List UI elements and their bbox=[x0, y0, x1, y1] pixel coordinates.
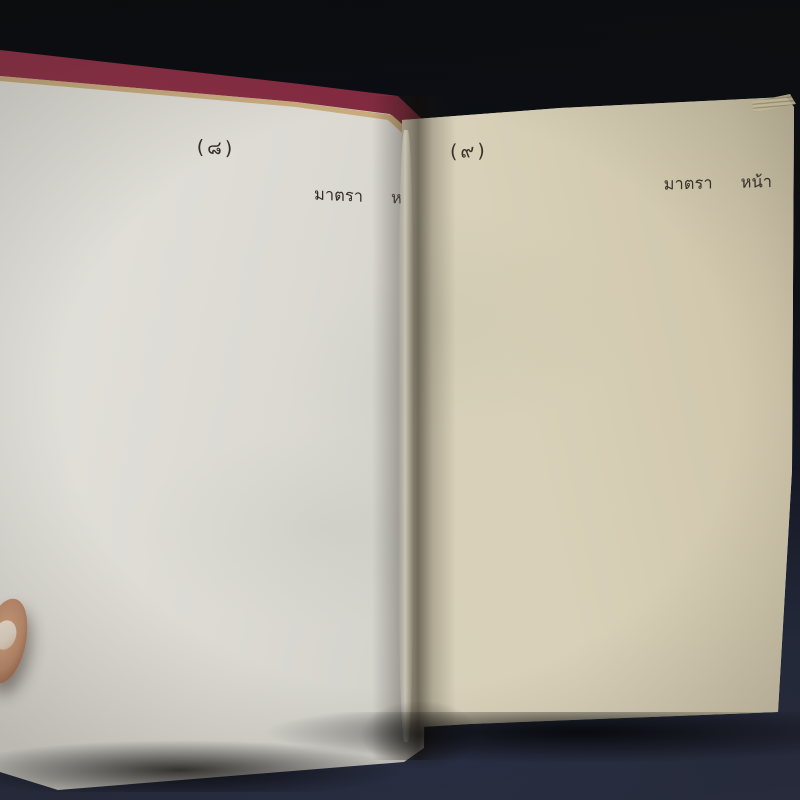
toc-left bbox=[60, 212, 412, 228]
column-header-page: หน้า bbox=[741, 172, 772, 192]
right-page-text: (๙) มาตราหน้า bbox=[404, 129, 776, 718]
left-page-text: (๘) มาตราหน้า bbox=[60, 126, 412, 742]
book-bottom-shadow bbox=[0, 712, 800, 792]
book-photo: (๘) มาตราหน้า (๙) มาตราหน้า bbox=[0, 0, 800, 800]
column-header-matra: มาตรา bbox=[314, 185, 363, 206]
page-curl-highlight bbox=[398, 130, 414, 742]
column-headers-right: มาตราหน้า bbox=[404, 169, 772, 204]
gutter-shadow bbox=[372, 96, 456, 760]
column-header-matra: มาตรา bbox=[664, 173, 713, 193]
toc-right bbox=[404, 209, 776, 218]
